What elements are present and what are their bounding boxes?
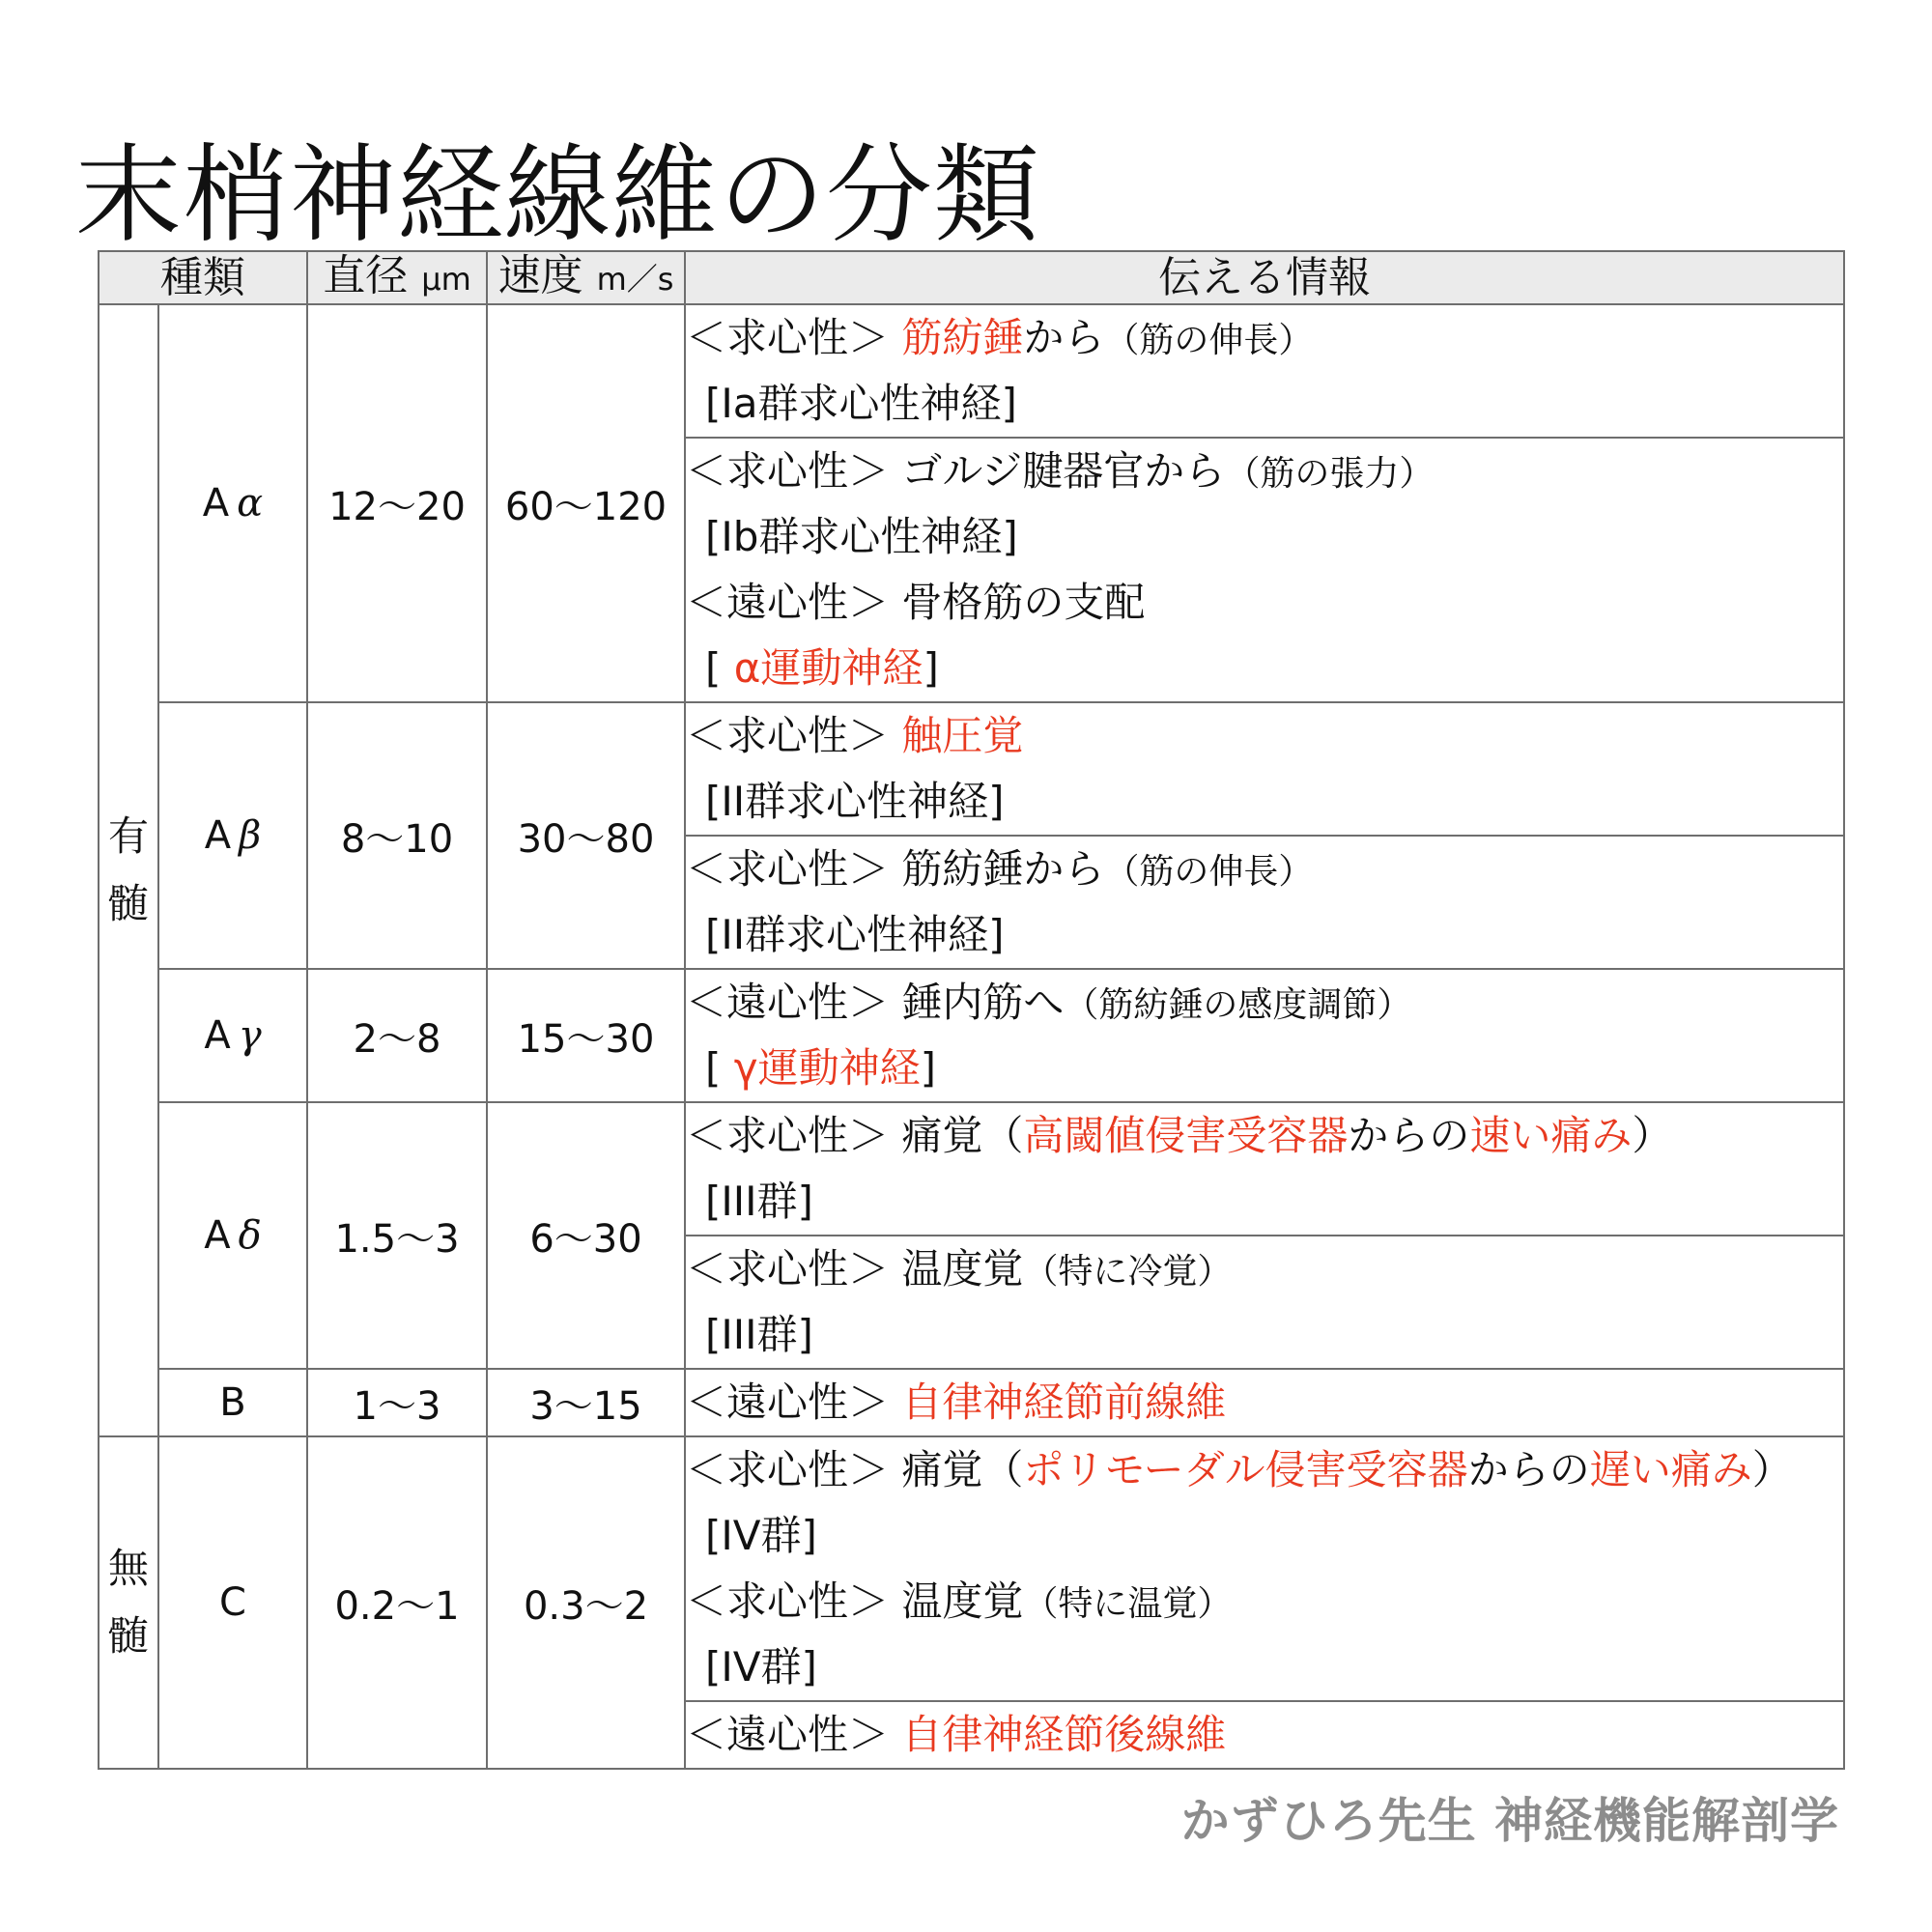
highlight-text: 自律神経節後線維	[901, 1711, 1226, 1758]
fiber-group-label: [IV群]	[686, 1634, 1843, 1700]
info-text: [Ia群求心性神経]	[705, 380, 1017, 427]
info-text: ＜求心性＞ 痛覚（	[686, 1112, 1023, 1159]
header-diameter-unit: μm	[421, 261, 471, 298]
fiber-type: B	[158, 1369, 307, 1436]
group-label-char: 有	[99, 803, 157, 870]
info-line: ＜求心性＞ 筋紡錘から（筋の伸長）	[686, 305, 1843, 371]
info-text: [II群求心性神経]	[705, 778, 1005, 825]
info-cell: ＜遠心性＞ 錘内筋へ（筋紡錘の感度調節）[ γ運動神経]	[685, 969, 1844, 1102]
info-line: ＜求心性＞ 温度覚（特に温覚）	[686, 1569, 1843, 1634]
page-title: 末梢神経線維の分類	[75, 128, 1040, 263]
speed-value: 15〜30	[487, 969, 685, 1102]
header-speed-unit: m／s	[597, 261, 674, 298]
info-line: ＜遠心性＞ 錘内筋へ（筋紡錘の感度調節）	[686, 970, 1843, 1036]
info-text: ＜遠心性＞	[686, 1711, 901, 1758]
info-text: [III群]	[705, 1311, 813, 1358]
info-text: （筋の伸長）	[1104, 852, 1313, 892]
diameter-value: 8〜10	[307, 702, 487, 969]
table-row: 無髄C0.2〜10.3〜2＜求心性＞ 痛覚（ポリモーダル侵害受容器からの遅い痛み…	[99, 1436, 1844, 1701]
fiber-type: Aβ	[158, 702, 307, 969]
fiber-type-greek: α	[237, 481, 263, 526]
fiber-group-label: [II群求心性神経]	[686, 902, 1843, 968]
diameter-value: 0.2〜1	[307, 1436, 487, 1769]
info-text: [IV群]	[705, 1512, 817, 1559]
info-line: ＜求心性＞ ゴルジ腱器官から（筋の張力）	[686, 439, 1843, 504]
speed-value: 60〜120	[487, 304, 685, 702]
header-info: 伝える情報	[685, 251, 1844, 304]
table-row: 有髄Aα12〜2060〜120＜求心性＞ 筋紡錘から（筋の伸長）[Ia群求心性神…	[99, 304, 1844, 438]
info-text: ＜求心性＞ 温度覚	[686, 1577, 1023, 1625]
info-text: （筋紡錘の感度調節）	[1064, 985, 1411, 1025]
fiber-group-label: [III群]	[686, 1302, 1843, 1368]
fiber-group-label: [Ia群求心性神経]	[686, 371, 1843, 437]
info-cell: ＜求心性＞ 触圧覚[II群求心性神経]	[685, 702, 1844, 836]
header-diameter-label: 直径	[323, 251, 408, 300]
info-text: ＜求心性＞	[686, 314, 901, 361]
info-line: ＜求心性＞ 触圧覚	[686, 703, 1843, 769]
fiber-type-greek: γ	[239, 1013, 262, 1058]
info-line: ＜求心性＞ 温度覚（特に冷覚）	[686, 1236, 1843, 1302]
fiber-type-letter: A	[205, 813, 231, 858]
info-line: ＜求心性＞ 痛覚（ポリモーダル侵害受容器からの遅い痛み）	[686, 1437, 1843, 1503]
info-text: （特に温覚）	[1023, 1584, 1232, 1624]
fiber-group-label: [ γ運動神経]	[686, 1036, 1843, 1101]
info-line: ＜求心性＞ 筋紡錘から（筋の伸長）	[686, 837, 1843, 902]
fiber-group-label: [ α運動神経]	[686, 636, 1843, 701]
fiber-type: C	[158, 1436, 307, 1769]
fiber-group-label: [II群求心性神経]	[686, 769, 1843, 835]
fiber-group-label: [Ib群求心性神経]	[686, 504, 1843, 570]
table-header-row: 種類 直径μm 速度m／s 伝える情報	[99, 251, 1844, 304]
info-cell: ＜求心性＞ 痛覚（高閾値侵害受容器からの速い痛み）[III群]	[685, 1102, 1844, 1236]
highlight-text: 筋紡錘	[901, 314, 1023, 361]
fiber-type-greek: β	[239, 813, 261, 858]
speed-value: 3〜15	[487, 1369, 685, 1436]
info-cell: ＜遠心性＞ 自律神経節前線維	[685, 1369, 1844, 1436]
info-text: から	[1023, 314, 1104, 361]
info-text: [IV群]	[705, 1643, 817, 1690]
info-text: [Ib群求心性神経]	[705, 513, 1018, 560]
info-text: ＜遠心性＞ 錘内筋へ	[686, 979, 1064, 1026]
speed-value: 30〜80	[487, 702, 685, 969]
info-cell: ＜求心性＞ 筋紡錘から（筋の伸長）[II群求心性神経]	[685, 836, 1844, 969]
group-label-char: 無	[99, 1535, 157, 1603]
diameter-value: 1〜3	[307, 1369, 487, 1436]
unmyelinated-group-label: 無髄	[99, 1436, 158, 1769]
diameter-value: 12〜20	[307, 304, 487, 702]
diameter-value: 1.5〜3	[307, 1102, 487, 1369]
diameter-value: 2〜8	[307, 969, 487, 1102]
fiber-classification-table: 種類 直径μm 速度m／s 伝える情報 有髄Aα12〜2060〜120＜求心性＞…	[98, 250, 1845, 1770]
info-text: からの	[1468, 1446, 1590, 1493]
fiber-group-label: [IV群]	[686, 1503, 1843, 1569]
info-text: （筋の張力）	[1225, 454, 1434, 494]
fiber-type-greek: δ	[239, 1213, 262, 1258]
info-text: （特に冷覚）	[1023, 1252, 1232, 1292]
info-cell: ＜求心性＞ 温度覚（特に冷覚）[III群]	[685, 1236, 1844, 1369]
info-text: [	[705, 1044, 734, 1092]
highlight-text: 自律神経節前線維	[901, 1378, 1226, 1426]
table-row: B1〜33〜15＜遠心性＞ 自律神経節前線維	[99, 1369, 1844, 1436]
highlight-text: ポリモーダル侵害受容器	[1023, 1446, 1467, 1493]
info-text: ]	[921, 1044, 936, 1092]
fiber-type-letter: A	[204, 1013, 230, 1058]
fiber-type: Aδ	[158, 1102, 307, 1369]
info-text: [	[705, 644, 734, 692]
highlight-text: 触圧覚	[901, 712, 1023, 759]
fiber-type-letter: B	[219, 1380, 245, 1425]
info-text: ＜求心性＞ 温度覚	[686, 1245, 1023, 1293]
speed-value: 6〜30	[487, 1102, 685, 1369]
info-text: ＜求心性＞ 筋紡錘から	[686, 845, 1104, 893]
highlight-text: 高閾値侵害受容器	[1023, 1112, 1348, 1159]
header-type: 種類	[99, 251, 307, 304]
info-line: ＜遠心性＞ 自律神経節前線維	[686, 1370, 1843, 1435]
info-line: ＜遠心性＞ 自律神経節後線維	[686, 1702, 1843, 1768]
info-text: ）	[1632, 1112, 1672, 1159]
info-line: ＜遠心性＞ 骨格筋の支配	[686, 570, 1843, 636]
info-text: ＜求心性＞ ゴルジ腱器官から	[686, 447, 1225, 495]
info-cell: ＜求心性＞ 筋紡錘から（筋の伸長）[Ia群求心性神経]	[685, 304, 1844, 438]
info-cell: ＜求心性＞ 痛覚（ポリモーダル侵害受容器からの遅い痛み）[IV群]＜求心性＞ 温…	[685, 1436, 1844, 1701]
table-row: Aβ8〜1030〜80＜求心性＞ 触圧覚[II群求心性神経]	[99, 702, 1844, 836]
info-text: [II群求心性神経]	[705, 911, 1005, 958]
group-label-char: 髄	[99, 1603, 157, 1670]
fiber-type: Aα	[158, 304, 307, 702]
info-cell: ＜遠心性＞ 自律神経節後線維	[685, 1701, 1844, 1769]
header-speed: 速度m／s	[487, 251, 685, 304]
info-text: ）	[1752, 1446, 1793, 1493]
highlight-text: 速い痛み	[1469, 1112, 1632, 1159]
info-text: [III群]	[705, 1178, 813, 1225]
header-diameter: 直径μm	[307, 251, 487, 304]
table-row: Aδ1.5〜36〜30＜求心性＞ 痛覚（高閾値侵害受容器からの速い痛み）[III…	[99, 1102, 1844, 1236]
info-text: ＜遠心性＞	[686, 1378, 901, 1426]
highlight-text: α運動神経	[734, 644, 923, 692]
myelinated-group-label: 有髄	[99, 304, 158, 1436]
info-line: ＜求心性＞ 痛覚（高閾値侵害受容器からの速い痛み）	[686, 1103, 1843, 1169]
highlight-text: 遅い痛み	[1590, 1446, 1752, 1493]
info-text: ]	[923, 644, 938, 692]
info-text: （筋の伸長）	[1104, 321, 1313, 360]
table-row: Aγ2〜815〜30＜遠心性＞ 錘内筋へ（筋紡錘の感度調節）[ γ運動神経]	[99, 969, 1844, 1102]
info-text: からの	[1348, 1112, 1469, 1159]
fiber-type-letter: C	[219, 1580, 246, 1625]
info-text: ＜遠心性＞ 骨格筋の支配	[686, 579, 1145, 626]
fiber-type-letter: A	[204, 1213, 230, 1258]
info-text: ＜求心性＞ 痛覚（	[686, 1446, 1023, 1493]
highlight-text: γ運動神経	[734, 1044, 921, 1092]
info-text: ＜求心性＞	[686, 712, 901, 759]
group-label-char: 髄	[99, 870, 157, 938]
info-cell: ＜求心性＞ ゴルジ腱器官から（筋の張力）[Ib群求心性神経]＜遠心性＞ 骨格筋の…	[685, 438, 1844, 702]
fiber-group-label: [III群]	[686, 1169, 1843, 1235]
fiber-type-letter: A	[203, 481, 229, 526]
speed-value: 0.3〜2	[487, 1436, 685, 1769]
footer-credit: かずひろ先生 神経機能解剖学	[1181, 1782, 1839, 1852]
header-speed-label: 速度	[498, 251, 583, 300]
fiber-type: Aγ	[158, 969, 307, 1102]
